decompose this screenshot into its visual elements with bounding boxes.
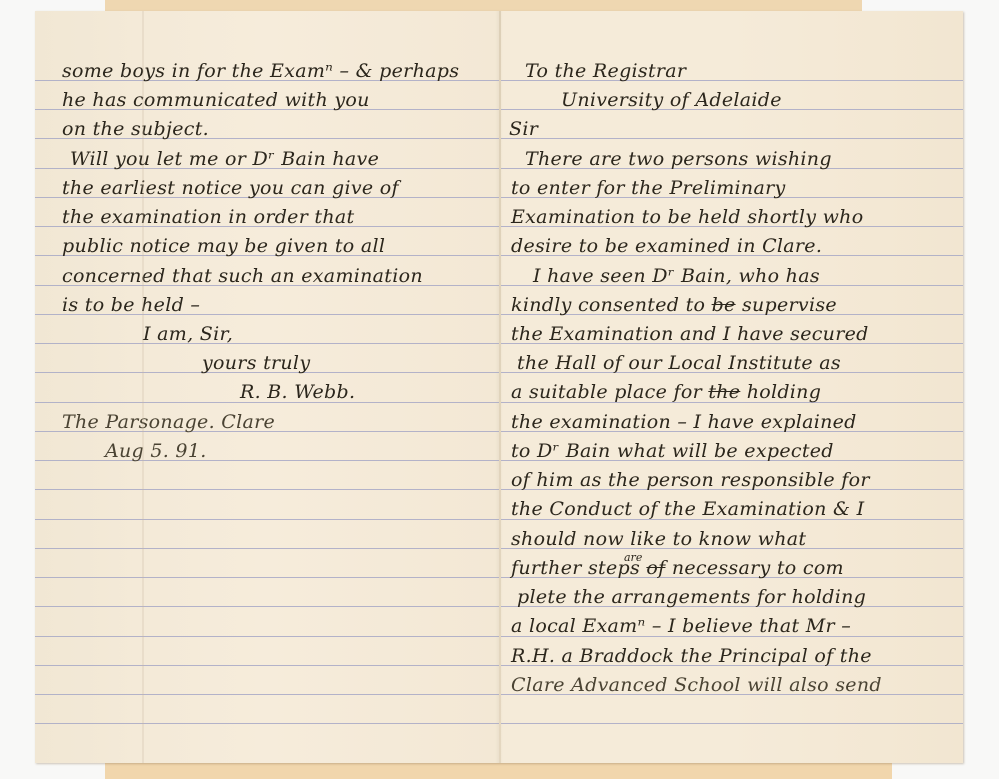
line-segment: a suitable place for xyxy=(511,381,702,403)
handwritten-line: is to be held – xyxy=(62,294,200,316)
handwritten-line: There are two persons wishing xyxy=(525,148,832,170)
handwritten-line: to enter for the Preliminary xyxy=(511,177,785,199)
sender-address: The Parsonage. Clare xyxy=(62,411,275,433)
struck-word: of xyxy=(646,557,665,579)
handwritten-line: kindly consented to be supervise xyxy=(511,294,837,316)
handwritten-line: desire to be examined in Clare. xyxy=(511,235,822,257)
closing-valediction: yours truly xyxy=(202,352,310,374)
handwritten-line: a suitable place for the holding xyxy=(511,381,821,403)
handwritten-line: should now like to know what xyxy=(511,528,806,550)
handwritten-line: some boys in for the Examⁿ – & perhaps xyxy=(62,60,459,82)
recipient-title: To the Registrar xyxy=(525,60,686,82)
handwritten-line: the examination – I have explained xyxy=(511,411,857,433)
handwritten-line: plete the arrangements for holding xyxy=(517,586,866,608)
handwritten-line: on the subject. xyxy=(62,118,209,140)
handwritten-line: the Conduct of the Examination & I xyxy=(511,498,864,520)
handwritten-line: he has communicated with you xyxy=(62,89,370,111)
letter-sheet: some boys in for the Examⁿ – & perhaps h… xyxy=(35,11,963,763)
line-segment: necessary to com xyxy=(672,557,844,579)
handwritten-line: a local Examⁿ – I believe that Mr – xyxy=(511,615,851,637)
backing-paper-bottom xyxy=(105,762,892,779)
line-segment: further steps xyxy=(511,557,640,579)
handwritten-line: concerned that such an examination xyxy=(62,265,423,287)
line-segment: holding xyxy=(747,381,822,403)
handwritten-line: the Examination and I have secured xyxy=(511,323,869,345)
handwritten-line: further steps of necessary to com xyxy=(511,557,844,579)
handwritten-line: the examination in order that xyxy=(62,206,354,228)
handwritten-line: the Hall of our Local Institute as xyxy=(517,352,841,374)
struck-word: be xyxy=(712,294,736,316)
closing-salutation: I am, Sir, xyxy=(143,323,233,345)
signature: R. B. Webb. xyxy=(240,381,355,403)
handwritten-line: the earliest notice you can give of xyxy=(62,177,399,199)
letter-date: Aug 5. 91. xyxy=(105,440,207,462)
handwritten-line: R.H. a Braddock the Principal of the xyxy=(511,645,872,667)
handwritten-line: Examination to be held shortly who xyxy=(511,206,863,228)
right-page: To the Registrar University of Adelaide … xyxy=(501,11,963,763)
handwritten-line: Clare Advanced School will also send xyxy=(511,674,882,696)
scan-background: some boys in for the Examⁿ – & perhaps h… xyxy=(0,0,999,779)
handwritten-line: public notice may be given to all xyxy=(62,235,385,257)
struck-word: the xyxy=(708,381,740,403)
handwritten-line: to Dʳ Bain what will be expected xyxy=(511,440,834,462)
recipient-institution: University of Adelaide xyxy=(561,89,782,111)
line-segment: supervise xyxy=(742,294,837,316)
left-page: some boys in for the Examⁿ – & perhaps h… xyxy=(35,11,499,763)
salutation: Sir xyxy=(509,118,538,140)
handwritten-line: I have seen Dʳ Bain, who has xyxy=(533,265,820,287)
handwritten-line: of him as the person responsible for xyxy=(511,469,870,491)
handwritten-line: Will you let me or Dʳ Bain have xyxy=(70,148,379,170)
line-segment: kindly consented to xyxy=(511,294,705,316)
